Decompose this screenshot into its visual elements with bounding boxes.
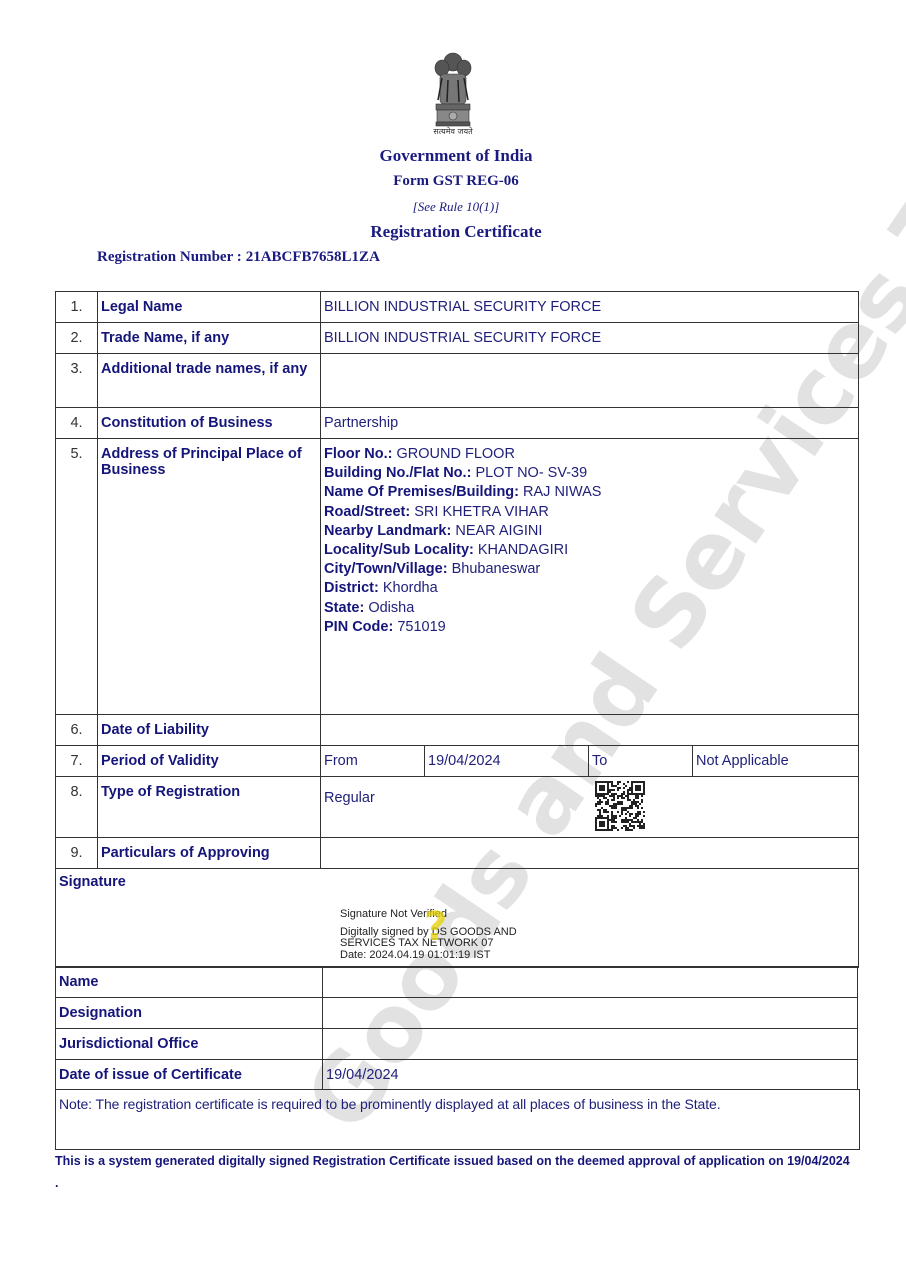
address-line: City/Town/Village: Bhubaneswar (324, 560, 855, 579)
table-row: 4. Constitution of Business Partnership (56, 408, 859, 439)
validity-to-value: Not Applicable (693, 746, 859, 777)
designation-value (323, 998, 858, 1029)
legal-name-value: BILLION INDUSTRIAL SECURITY FORCE (321, 292, 859, 323)
system-generated-footer: This is a system generated digitally sig… (55, 1150, 855, 1194)
table-row: 2. Trade Name, if any BILLION INDUSTRIAL… (56, 323, 859, 354)
row-label: Address of Principal Place of Business (98, 439, 321, 715)
table-row: 9. Particulars of Approving (56, 838, 859, 869)
officer-details-table: Name Designation Jurisdictional Office D… (55, 966, 858, 1090)
address-line: Road/Street: SRI KHETRA VIHAR (324, 503, 855, 522)
question-mark-icon: ? (424, 907, 447, 947)
registration-number: Registration Number :21ABCFB7658L1ZA (97, 249, 380, 266)
table-row: 8. Type of Registration Regular (56, 777, 859, 838)
table-row: 6. Date of Liability (56, 715, 859, 746)
jurisdictional-office-value (323, 1029, 858, 1060)
row-label: Period of Validity (98, 746, 321, 777)
issue-date-label: Date of issue of Certificate (56, 1060, 323, 1090)
table-row: Name (56, 967, 858, 998)
address-line: District: Khordha (324, 579, 855, 598)
registration-number-value: 21ABCFB7658L1ZA (246, 249, 380, 265)
address-line: Building No./Flat No.: PLOT NO- SV-39 (324, 464, 855, 483)
row-number: 8. (56, 777, 98, 838)
display-note: Note: The registration certificate is re… (55, 1089, 860, 1150)
trade-name-value: BILLION INDUSTRIAL SECURITY FORCE (321, 323, 859, 354)
row-number: 1. (56, 292, 98, 323)
table-row: Date of issue of Certificate 19/04/2024 (56, 1060, 858, 1090)
date-of-liability-value (321, 715, 859, 746)
validity-to-label: To (589, 746, 693, 777)
issue-date-value: 19/04/2024 (323, 1060, 858, 1090)
registration-number-label: Registration Number : (97, 249, 242, 265)
table-row: 7. Period of Validity From 19/04/2024 To… (56, 746, 859, 777)
row-number: 5. (56, 439, 98, 715)
signature-cell: Signature Signature Not Verified Digital… (56, 869, 859, 968)
qr-code-icon (595, 781, 645, 831)
address-value: Floor No.: GROUND FLOOR Building No./Fla… (321, 439, 859, 715)
designation-label: Designation (56, 998, 323, 1029)
address-line: State: Odisha (324, 599, 855, 618)
signature-row: Signature Signature Not Verified Digital… (56, 869, 859, 968)
approving-particulars-value (321, 838, 859, 869)
table-row: Jurisdictional Office (56, 1029, 858, 1060)
row-label: Particulars of Approving (98, 838, 321, 869)
jurisdictional-office-label: Jurisdictional Office (56, 1029, 323, 1060)
state-emblem-icon (428, 48, 478, 138)
registration-type-value: Regular (324, 790, 375, 806)
address-line: Name Of Premises/Building: RAJ NIWAS (324, 483, 855, 502)
table-row: 1. Legal Name BILLION INDUSTRIAL SECURIT… (56, 292, 859, 323)
additional-trade-names-value (321, 354, 859, 408)
row-number: 9. (56, 838, 98, 869)
certificate-title: Registration Certificate (0, 222, 906, 242)
form-title: Form GST REG-06 (0, 173, 906, 190)
table-row: 3. Additional trade names, if any (56, 354, 859, 408)
officer-name-value (323, 967, 858, 998)
validity-from-label: From (321, 746, 425, 777)
address-line: Nearby Landmark: NEAR AIGINI (324, 522, 855, 541)
address-line: Locality/Sub Locality: KHANDAGIRI (324, 541, 855, 560)
emblem-motto: सत्यमेव जयते (0, 126, 906, 137)
row-number: 7. (56, 746, 98, 777)
row-label: Type of Registration (98, 777, 321, 838)
signature-date: Date: 2024.04.19 01:01:19 IST (340, 950, 517, 962)
row-number: 3. (56, 354, 98, 408)
row-number: 6. (56, 715, 98, 746)
registration-details-table: 1. Legal Name BILLION INDUSTRIAL SECURIT… (55, 291, 859, 968)
rule-reference: [See Rule 10(1)] (0, 199, 906, 215)
row-label: Additional trade names, if any (98, 354, 321, 408)
address-line: PIN Code: 751019 (324, 618, 855, 637)
row-label: Date of Liability (98, 715, 321, 746)
row-number: 2. (56, 323, 98, 354)
registration-type-cell: Regular (321, 777, 859, 838)
row-label: Constitution of Business (98, 408, 321, 439)
signature-label: Signature (59, 874, 126, 890)
address-line: Floor No.: GROUND FLOOR (324, 445, 855, 464)
row-label: Legal Name (98, 292, 321, 323)
row-number: 4. (56, 408, 98, 439)
row-label: Trade Name, if any (98, 323, 321, 354)
table-row: 5. Address of Principal Place of Busines… (56, 439, 859, 715)
constitution-value: Partnership (321, 408, 859, 439)
table-row: Designation (56, 998, 858, 1029)
validity-from-value: 19/04/2024 (425, 746, 589, 777)
officer-name-label: Name (56, 967, 323, 998)
government-title: Government of India (0, 146, 906, 166)
